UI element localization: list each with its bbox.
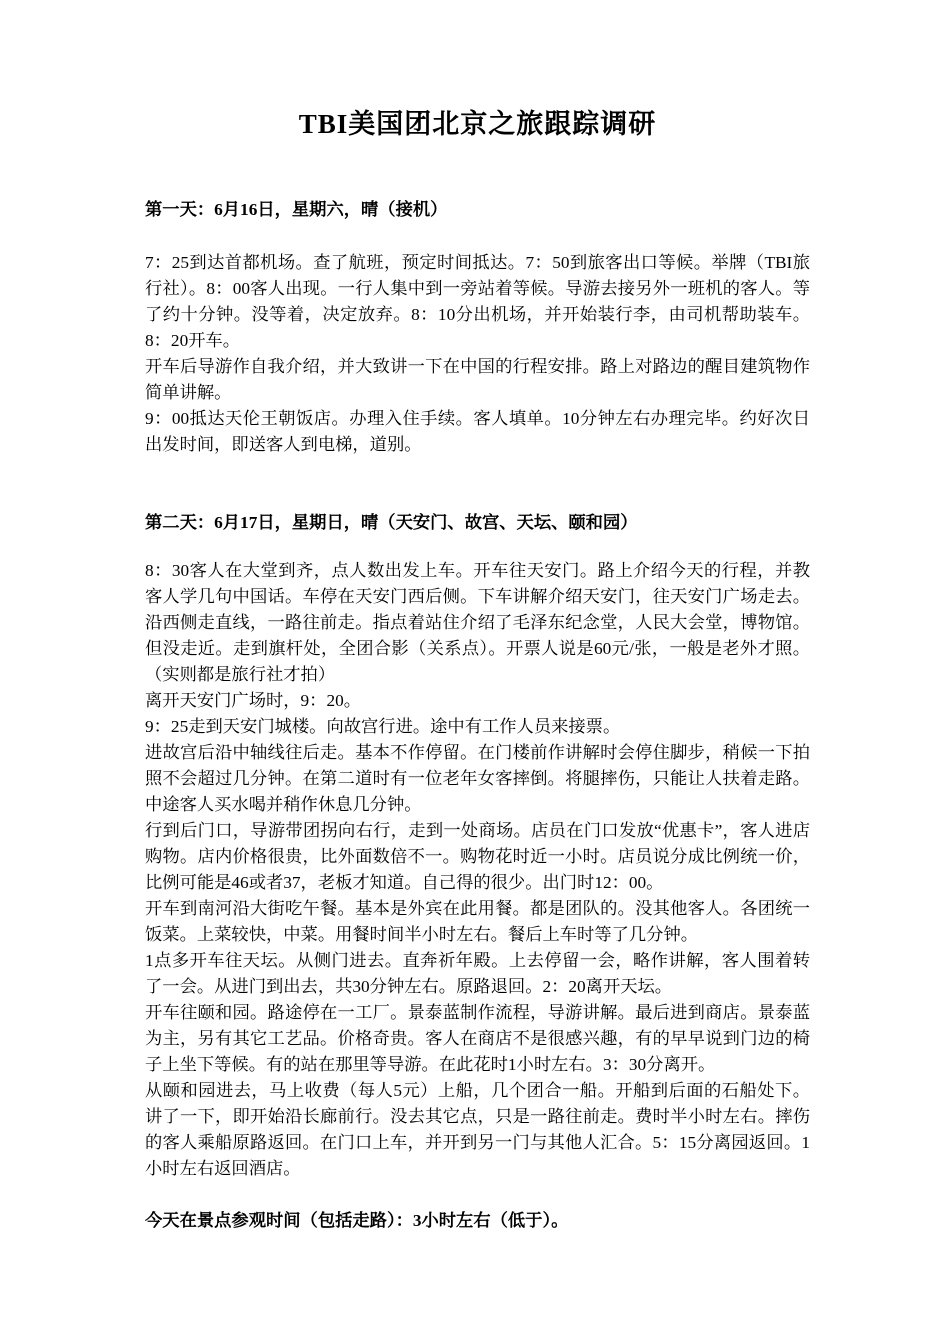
day2-paragraph-lunch: 开车到南河沿大街吃午餐。基本是外宾在此用餐。都是团队的。没其他客人。各团统一饭菜…: [145, 896, 810, 948]
day2-paragraph-gate-tower: 9：25走到天安门城楼。向故宫行进。途中有工作人员来接票。: [145, 714, 810, 740]
day2-paragraph-leave-square: 离开天安门广场时，9：20。: [145, 688, 810, 714]
document-title: TBI美国团北京之旅跟踪调研: [145, 104, 810, 144]
day2-paragraph-tiananmen: 8：30客人在大堂到齐，点人数出发上车。开车往天安门。路上介绍今天的行程，并教客…: [145, 558, 810, 688]
section-day1: 第一天：6月16日，星期六，晴（接机） 7：25到达首都机场。查了航班，预定时间…: [145, 197, 810, 458]
day2-heading: 第二天：6月17日，星期日，晴（天安门、故宫、天坛、颐和园）: [145, 510, 810, 536]
day1-paragraph-hotel: 9：00抵达天伦王朝饭店。办理入住手续。客人填单。10分钟左右办理完毕。约好次日…: [145, 406, 810, 458]
day2-visiting-time-summary: 今天在景点参观时间（包括走路）：3小时左右（低于）。: [145, 1208, 810, 1234]
day2-paragraph-temple-of-heaven: 1点多开车往天坛。从侧门进去。直奔祈年殿。上去停留一会，略作讲解，客人围着转了一…: [145, 948, 810, 1000]
day2-paragraph-summer-palace: 从颐和园进去，马上收费（每人5元）上船，几个团合一船。开船到后面的石船处下。讲了…: [145, 1078, 810, 1182]
day1-paragraph-intro: 开车后导游作自我介绍，并大致讲一下在中国的行程安排。路上对路边的醒目建筑物作简单…: [145, 354, 810, 406]
day1-heading: 第一天：6月16日，星期六，晴（接机）: [145, 197, 810, 223]
day2-paragraph-cloisonne-factory: 开车往颐和园。路途停在一工厂。景泰蓝制作流程，导游讲解。最后进到商店。景泰蓝为主…: [145, 1000, 810, 1078]
day1-paragraph-arrival: 7：25到达首都机场。查了航班，预定时间抵达。7：50到旅客出口等候。举牌（TB…: [145, 250, 810, 354]
day2-paragraph-shopping-mall: 行到后门口，导游带团拐向右行，走到一处商场。店员在门口发放“优惠卡”，客人进店购…: [145, 818, 810, 896]
section-day2: 第二天：6月17日，星期日，晴（天安门、故宫、天坛、颐和园） 8：30客人在大堂…: [145, 510, 810, 1234]
day2-paragraph-forbidden-city: 进故宫后沿中轴线往后走。基本不作停留。在门楼前作讲解时会停住脚步，稍候一下拍照不…: [145, 740, 810, 818]
document-page: TBI美国团北京之旅跟踪调研 第一天：6月16日，星期六，晴（接机） 7：25到…: [0, 0, 950, 1344]
